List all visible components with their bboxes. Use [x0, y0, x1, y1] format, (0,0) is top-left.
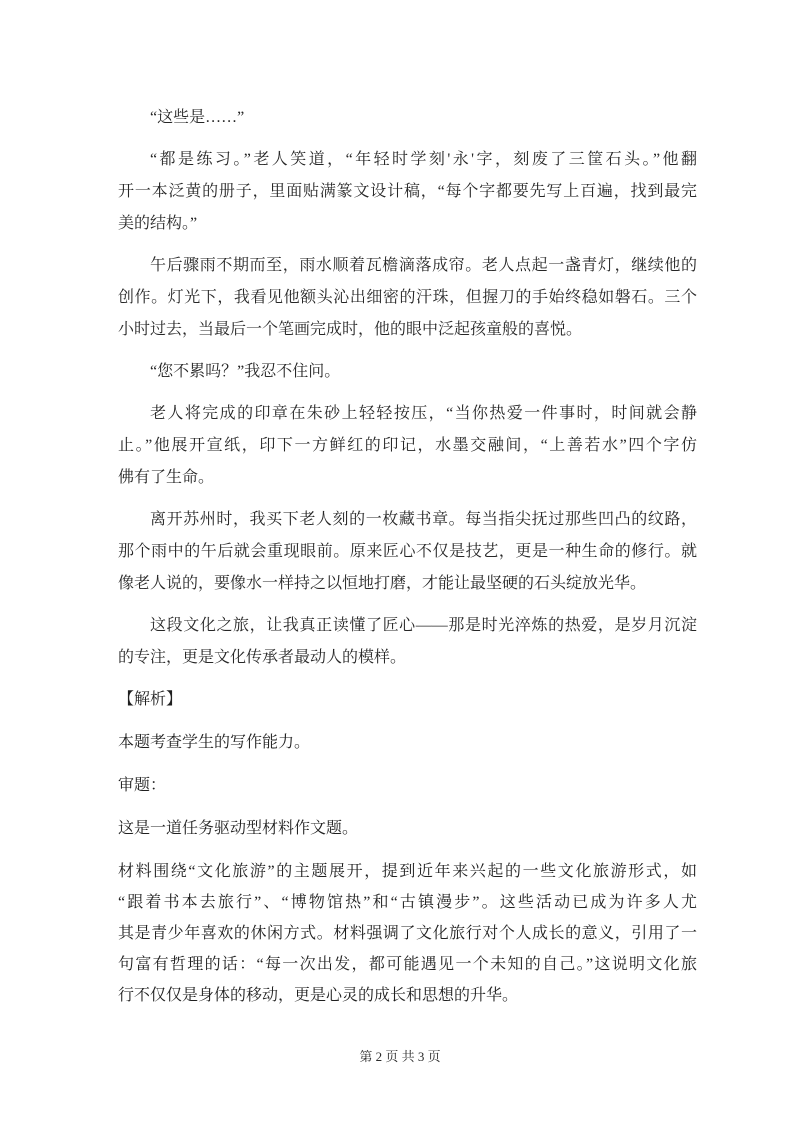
text-line: 老人将完成的印章在朱砂上轻轻按压，“当你热爱一件事时，时间就会静 — [118, 398, 697, 430]
page-number-indicator: 第 2 页 共 3 页 — [359, 1049, 440, 1064]
text-line: 午后骤雨不期而至，雨水顺着瓦檐滴落成帘。老人点起一盏青灯，继续他的 — [118, 250, 697, 282]
text-line: 材料围绕“文化旅游”的主题展开，提到近年来兴起的一些文化旅游形式，如 — [118, 856, 697, 887]
text-line: 美的结构。” — [118, 208, 697, 240]
text-line: “您不累吗？”我忍不住问。 — [118, 356, 697, 388]
text-line: 的专注，更是文化传承者最动人的模样。 — [118, 642, 697, 674]
essay-section: “这些是……” “都是练习。”老人笑道，“年轻时学刻'永'字，刻废了三筐石头。”… — [118, 102, 697, 674]
analysis-heading-block: 【解析】 — [118, 684, 697, 716]
text-line: 那个雨中的午后就会重现眼前。原来匠心不仅是技艺，更是一种生命的修行。就 — [118, 536, 697, 568]
text-line: 这是一道任务驱动型材料作文题。 — [118, 813, 697, 845]
analysis-paragraph-4: 材料围绕“文化旅游”的主题展开，提到近年来兴起的一些文化旅游形式，如 “跟着书本… — [118, 856, 697, 1011]
text-line: 小时过去，当最后一个笔画完成时，他的眼中泛起孩童般的喜悦。 — [118, 314, 697, 346]
text-line: 这段文化之旅，让我真正读懂了匠心——那是时光淬炼的热爱，是岁月沉淀 — [118, 610, 697, 642]
text-line: 本题考查学生的写作能力。 — [118, 727, 697, 759]
analysis-paragraph-3: 这是一道任务驱动型材料作文题。 — [118, 813, 697, 845]
page-footer: 第 2 页 共 3 页 — [0, 1048, 800, 1066]
essay-paragraph-4: “您不累吗？”我忍不住问。 — [118, 356, 697, 388]
text-line: 其是青少年喜欢的休闲方式。材料强调了文化旅行对个人成长的意义，引用了一 — [118, 918, 697, 949]
essay-paragraph-2: “都是练习。”老人笑道，“年轻时学刻'永'字，刻废了三筐石头。”他翻 开一本泛黄… — [118, 144, 697, 240]
essay-paragraph-6: 离开苏州时，我买下老人刻的一枚藏书章。每当指尖抚过那些凹凸的纹路， 那个雨中的午… — [118, 504, 697, 600]
essay-paragraph-3: 午后骤雨不期而至，雨水顺着瓦檐滴落成帘。老人点起一盏青灯，继续他的 创作。灯光下… — [118, 250, 697, 346]
text-line: 审题： — [118, 770, 697, 802]
essay-paragraph-5: 老人将完成的印章在朱砂上轻轻按压，“当你热爱一件事时，时间就会静 止。”他展开宣… — [118, 398, 697, 494]
text-line: 行不仅仅是身体的移动，更是心灵的成长和思想的升华。 — [118, 980, 697, 1011]
text-line: “都是练习。”老人笑道，“年轻时学刻'永'字，刻废了三筐石头。”他翻 — [118, 144, 697, 176]
text-line: 开一本泛黄的册子，里面贴满篆文设计稿，“每个字都要先写上百遍，找到最完 — [118, 176, 697, 208]
text-line: 像老人说的，要像水一样持之以恒地打磨，才能让最坚硬的石头绽放光华。 — [118, 568, 697, 600]
text-line: 止。”他展开宣纸，印下一方鲜红的印记，水墨交融间，“上善若水”四个字仿 — [118, 430, 697, 462]
essay-paragraph-1: “这些是……” — [118, 102, 697, 134]
text-line: “这些是……” — [118, 102, 697, 134]
text-line: 创作。灯光下，我看见他额头沁出细密的汗珠，但握刀的手始终稳如磐石。三个 — [118, 282, 697, 314]
analysis-paragraph-2: 审题： — [118, 770, 697, 802]
text-line: 离开苏州时，我买下老人刻的一枚藏书章。每当指尖抚过那些凹凸的纹路， — [118, 504, 697, 536]
document-page: “这些是……” “都是练习。”老人笑道，“年轻时学刻'永'字，刻废了三筐石头。”… — [0, 0, 800, 1131]
text-line: “跟着书本去旅行”、“博物馆热”和“古镇漫步”。这些活动已成为许多人尤 — [118, 887, 697, 918]
analysis-section: 【解析】 本题考查学生的写作能力。 审题： 这是一道任务驱动型材料作文题。 材料… — [118, 684, 697, 1011]
analysis-paragraph-1: 本题考查学生的写作能力。 — [118, 727, 697, 759]
analysis-heading: 【解析】 — [118, 684, 697, 716]
text-line: 佛有了生命。 — [118, 462, 697, 494]
essay-paragraph-7: 这段文化之旅，让我真正读懂了匠心——那是时光淬炼的热爱，是岁月沉淀 的专注，更是… — [118, 610, 697, 674]
text-line: 句富有哲理的话：“每一次出发，都可能遇见一个未知的自己。”这说明文化旅 — [118, 949, 697, 980]
